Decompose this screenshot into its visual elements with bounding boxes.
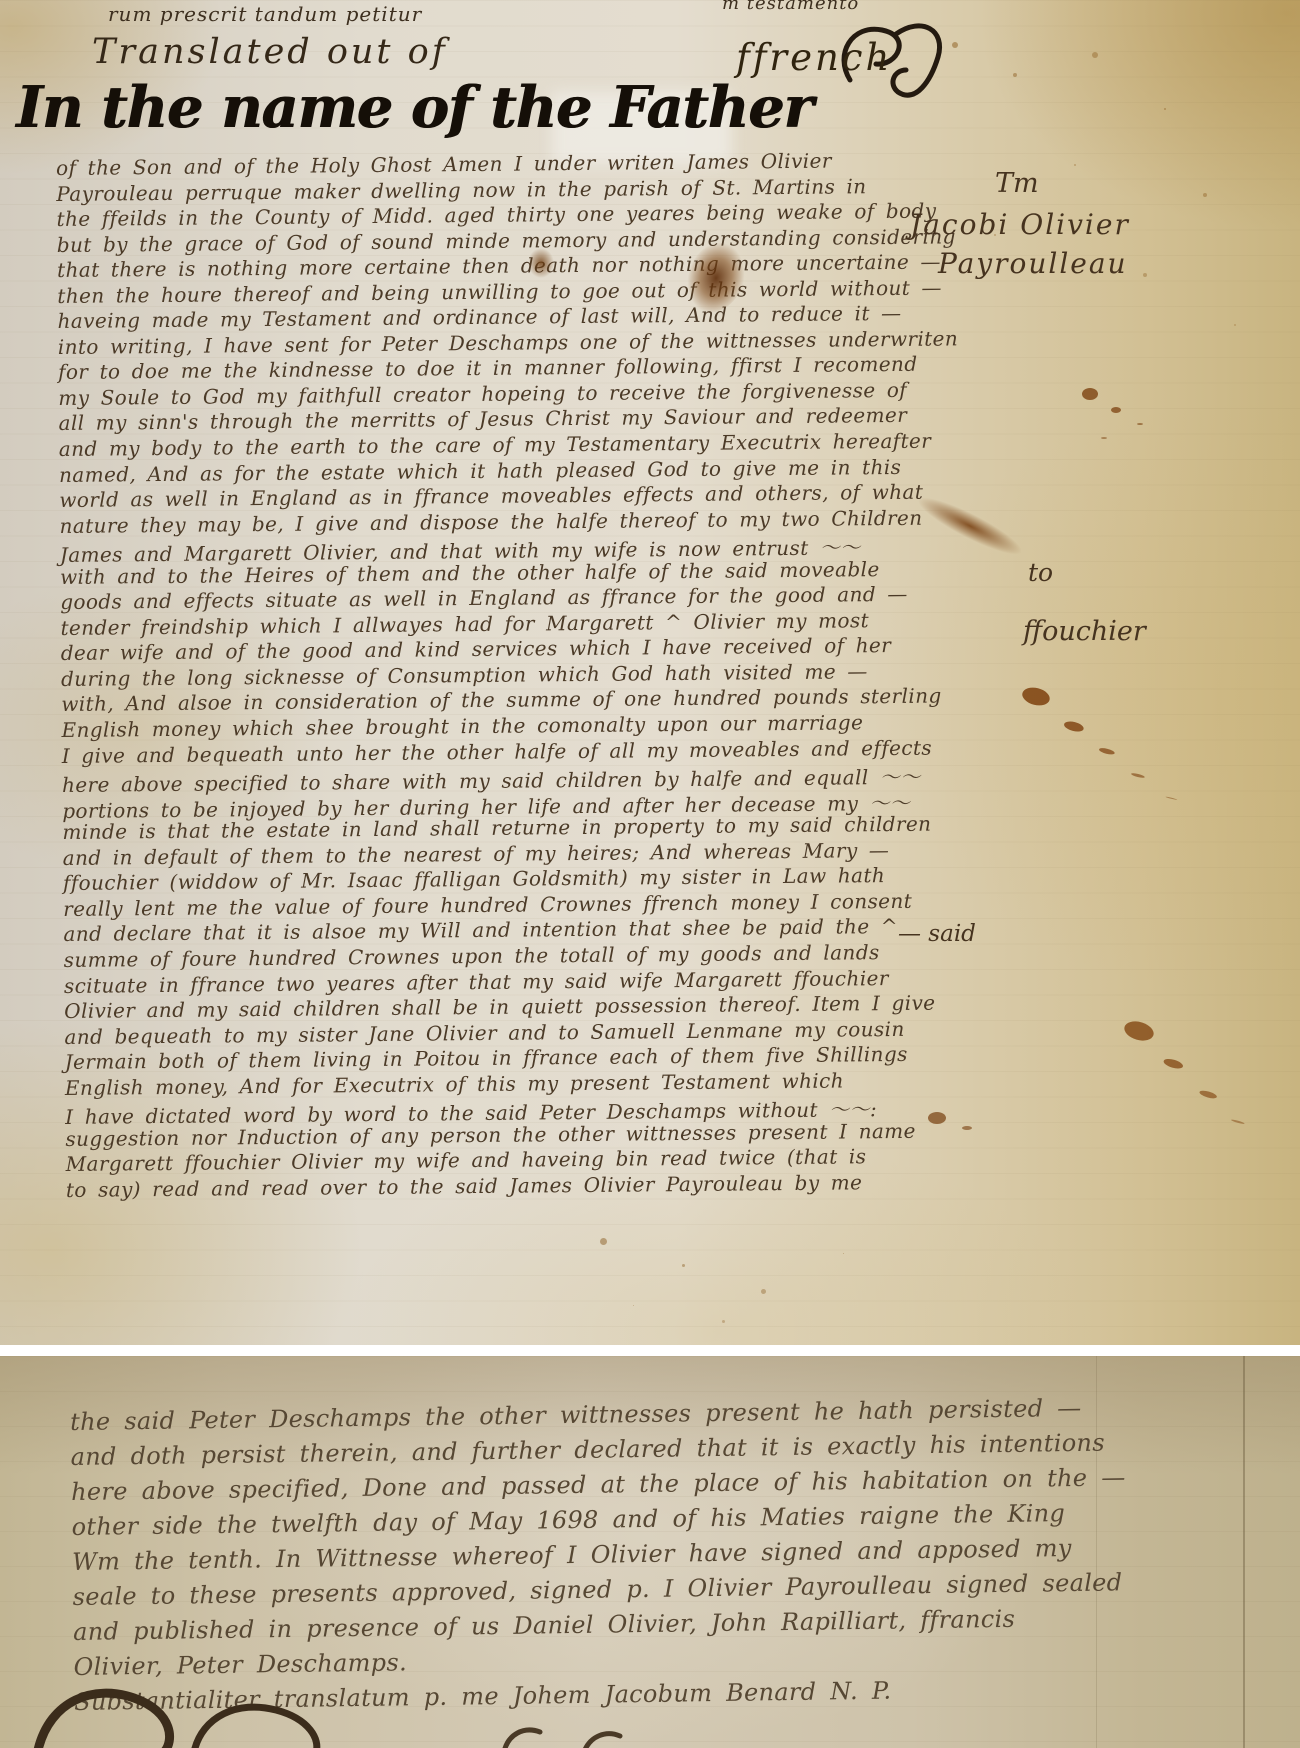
margin-note-tm: Tm [995, 168, 1039, 199]
ruled-margin-line [1243, 1356, 1245, 1748]
flourish-cutoff [24, 1682, 744, 1748]
ink-stain [1082, 388, 1098, 400]
margin-note-said: — said [898, 921, 976, 947]
page-separator [0, 1345, 1300, 1356]
top-fragment-left: rum prescrit tandum petitur [108, 2, 422, 26]
margin-note-ffouchier: ffouchier [1023, 616, 1146, 647]
manuscript-page-2: the said Peter Deschamps the other wittn… [0, 1356, 1300, 1748]
ink-stain [600, 1238, 607, 1245]
manuscript-body-2: the said Peter Deschamps the other wittn… [70, 1392, 1234, 1723]
margin-note-to: to [1028, 558, 1053, 587]
title-french: ffrench [736, 36, 892, 79]
page-title: In the name of the Father [16, 74, 916, 141]
manuscript-body: of the Son and of the Holy Ghost Amen I … [56, 148, 926, 1204]
ink-stain [913, 489, 1027, 563]
ink-stain [928, 1112, 946, 1124]
ink-stain [1122, 1018, 1156, 1044]
manuscript-page-1: rum prescrit tandum petitur m testamento… [0, 0, 1300, 1345]
margin-note-name-1: Jacobi Olivier [910, 208, 1130, 241]
title-translated: Translated out of [92, 32, 448, 72]
ink-stain [1020, 685, 1051, 708]
margin-note-name-2: Payroulleau [938, 247, 1128, 280]
